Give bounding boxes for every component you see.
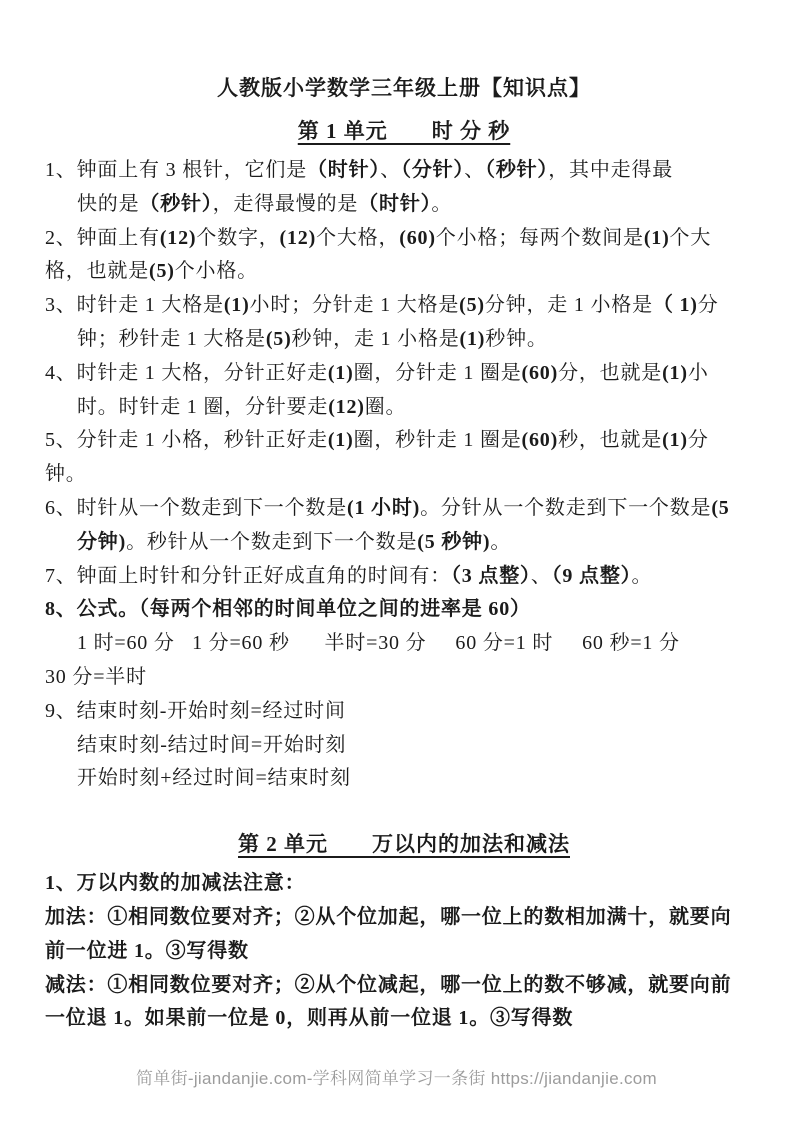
answer-text: 一位退 1。如果前一位是 0，则再从前一位退 1。③写得数 [45, 1007, 573, 1029]
body-text: 小时；分针走 1 大格是 [250, 294, 460, 316]
text-line: 8、公式。（每两个相邻的时间单位之间的进率是 60） [45, 593, 763, 627]
document-body: 第 1 单元 时 分 秒1、钟面上有 3 根针，它们是（时针）、（分针）、（秒针… [45, 115, 763, 1036]
text-line: 30 分=半时 [45, 661, 763, 695]
text-line: 2、钟面上有(12)个数字，(12)个大格，(60)个小格；每两个数间是(1)个… [45, 222, 763, 256]
body-text: 。秒针从一个数走到下一个数是 [126, 531, 417, 553]
text-line: 3、时针走 1 大格是(1)小时；分针走 1 大格是(5)分钟，走 1 小格是（… [45, 289, 763, 323]
answer-text: （ 1) [653, 294, 698, 316]
answer-text: (1) [662, 362, 688, 384]
body-text: 圈，秒针走 1 圈是 [354, 429, 522, 451]
body-text: 秒钟。 [485, 328, 547, 350]
body-text: 、 [531, 565, 552, 587]
body-text: 个大格， [316, 227, 399, 249]
body-text: 1 时=60 分 1 分=60 秒 半时=30 分 60 分=1 时 60 秒=… [77, 632, 680, 654]
body-text: 6、时针从一个数走到下一个数是 [45, 497, 347, 519]
body-text: 2、钟面上有 [45, 227, 160, 249]
body-text: 分 [688, 429, 709, 451]
body-text: 小 [688, 362, 709, 384]
body-text: 时。时针走 1 圈，分针要走 [77, 396, 328, 418]
answer-text: （时针） [307, 159, 380, 181]
body-text: 钟；秒针走 1 大格是 [77, 328, 266, 350]
answer-text: (12) [328, 396, 365, 418]
section-2: 第 2 单元 万以内的加法和减法1、万以内数的加减法注意：加法：①相同数位要对齐… [45, 828, 763, 1036]
page-footer-watermark: 简单街-jiandanjie.com-学科网简单学习一条街 https://ji… [0, 1064, 793, 1089]
document-title: 人教版小学数学三年级上册【知识点】 [45, 72, 763, 102]
text-line: 钟。 [45, 458, 763, 492]
text-line: 分钟)。秒针从一个数走到下一个数是(5 秒钟)。 [45, 526, 763, 560]
body-text: 。 [631, 565, 652, 587]
answer-text: 减法：①相同数位要对齐；②从个位减起，哪一位上的数不够减，就要向前 [45, 974, 731, 996]
answer-text: (5) [459, 294, 485, 316]
body-text: 秒钟，走 1 小格是 [292, 328, 460, 350]
body-text: 。 [431, 193, 452, 215]
answer-text: (1) [644, 227, 670, 249]
text-line: 结束时刻-结过时间=开始时刻 [45, 729, 763, 763]
answer-text: 8、公式。（每两个相邻的时间单位之间的进率是 60） [45, 598, 531, 620]
body-text: ，走得最慢的是 [213, 193, 359, 215]
body-text: 秒，也就是 [558, 429, 662, 451]
text-line: 9、结束时刻-开始时刻=经过时间 [45, 695, 763, 729]
answer-text: (60) [522, 429, 559, 451]
answer-text: (60) [522, 362, 559, 384]
body-text: 、 [380, 159, 401, 181]
answer-text: 1、万以内数的加减法注意： [45, 872, 305, 894]
answer-text: (12) [160, 227, 197, 249]
text-line: 一位退 1。如果前一位是 0，则再从前一位退 1。③写得数 [45, 1002, 763, 1036]
body-text: 。 [490, 531, 511, 553]
answer-text: （9 点整） [552, 565, 632, 587]
text-line: 开始时刻+经过时间=结束时刻 [45, 762, 763, 796]
section-1: 第 1 单元 时 分 秒1、钟面上有 3 根针，它们是（时针）、（分针）、（秒针… [45, 115, 763, 796]
text-line: 1、万以内数的加减法注意： [45, 867, 763, 901]
text-line: 前一位进 1。③写得数 [45, 935, 763, 969]
answer-text: (1) [662, 429, 688, 451]
answer-text: （3 点整） [451, 565, 531, 587]
body-text: 格，也就是 [45, 260, 149, 282]
text-line: 4、时针走 1 大格，分针正好走(1)圈，分针走 1 圈是(60)分，也就是(1… [45, 357, 763, 391]
answer-text: (60) [399, 227, 436, 249]
body-text: 个小格；每两个数间是 [436, 227, 644, 249]
body-text: 1、钟面上有 3 根针，它们是 [45, 159, 307, 181]
text-line: 时。时针走 1 圈，分针要走(12)圈。 [45, 391, 763, 425]
text-line: 7、钟面上时针和分针正好成直角的时间有：（3 点整）、（9 点整）。 [45, 560, 763, 594]
body-text: 、 [464, 159, 485, 181]
text-line: 快的是（秒针），走得最慢的是（时针）。 [45, 188, 763, 222]
text-line: 格，也就是(5)个小格。 [45, 255, 763, 289]
answer-text: (12) [280, 227, 317, 249]
section-heading-text: 第 1 单元 时 分 秒 [298, 119, 511, 143]
answer-text: (1) [224, 294, 250, 316]
answer-text: (5) [149, 260, 175, 282]
body-text: 分，也就是 [558, 362, 662, 384]
text-line: 减法：①相同数位要对齐；②从个位减起，哪一位上的数不够减，就要向前 [45, 969, 763, 1003]
body-text: 圈，分针走 1 圈是 [354, 362, 522, 384]
document-page: 人教版小学数学三年级上册【知识点】 第 1 单元 时 分 秒1、钟面上有 3 根… [0, 0, 793, 1122]
body-text: 分 [698, 294, 719, 316]
body-text: 结束时刻-结过时间=开始时刻 [77, 734, 346, 756]
text-line: 5、分针走 1 小格，秒针正好走(1)圈，秒针走 1 圈是(60)秒，也就是(1… [45, 424, 763, 458]
section-heading-text: 第 2 单元 万以内的加法和减法 [238, 832, 570, 856]
text-line: 1 时=60 分 1 分=60 秒 半时=30 分 60 分=1 时 60 秒=… [45, 627, 763, 661]
answer-text: (5 [711, 497, 729, 519]
body-text: 个数字， [196, 227, 279, 249]
body-text: 5、分针走 1 小格，秒针正好走 [45, 429, 328, 451]
body-text: 30 分=半时 [45, 666, 147, 688]
body-text: 个小格。 [175, 260, 258, 282]
answer-text: (5 秒钟) [417, 531, 490, 553]
answer-text: （分针） [401, 159, 464, 181]
answer-text: （时针） [358, 193, 431, 215]
answer-text: 前一位进 1。③写得数 [45, 940, 249, 962]
section-heading: 第 1 单元 时 分 秒 [45, 115, 763, 145]
text-line: 6、时针从一个数走到下一个数是(1 小时)。分针从一个数走到下一个数是(5 [45, 492, 763, 526]
answer-text: （秒针） [485, 159, 548, 181]
text-line: 1、钟面上有 3 根针，它们是（时针）、（分针）、（秒针），其中走得最 [45, 154, 763, 188]
body-text: 圈。 [365, 396, 407, 418]
answer-text: (5) [266, 328, 292, 350]
body-text: ，其中走得最 [548, 159, 673, 181]
body-text: 开始时刻+经过时间=结束时刻 [77, 767, 351, 789]
body-text: 钟。 [45, 463, 87, 485]
document-content: 人教版小学数学三年级上册【知识点】 第 1 单元 时 分 秒1、钟面上有 3 根… [0, 0, 793, 1036]
body-text: 7、钟面上时针和分针正好成直角的时间有： [45, 565, 451, 587]
body-text: 3、时针走 1 大格是 [45, 294, 224, 316]
answer-text: (1) [328, 362, 354, 384]
text-line: 钟；秒针走 1 大格是(5)秒钟，走 1 小格是(1)秒钟。 [45, 323, 763, 357]
body-text: 分钟，走 1 小格是 [485, 294, 653, 316]
body-text: 快的是 [77, 193, 139, 215]
answer-text: 分钟) [77, 531, 126, 553]
body-text: 个大 [670, 227, 712, 249]
answer-text: 加法：①相同数位要对齐；②从个位加起，哪一位上的数相加满十，就要向 [45, 906, 731, 928]
section-heading: 第 2 单元 万以内的加法和减法 [45, 828, 763, 858]
answer-text: (1 小时) [347, 497, 420, 519]
answer-text: (1) [460, 328, 486, 350]
answer-text: （秒针） [139, 193, 212, 215]
text-line: 加法：①相同数位要对齐；②从个位加起，哪一位上的数相加满十，就要向 [45, 901, 763, 935]
body-text: 4、时针走 1 大格，分针正好走 [45, 362, 328, 384]
body-text: 9、结束时刻-开始时刻=经过时间 [45, 700, 346, 722]
body-text: 。分针从一个数走到下一个数是 [420, 497, 711, 519]
answer-text: (1) [328, 429, 354, 451]
